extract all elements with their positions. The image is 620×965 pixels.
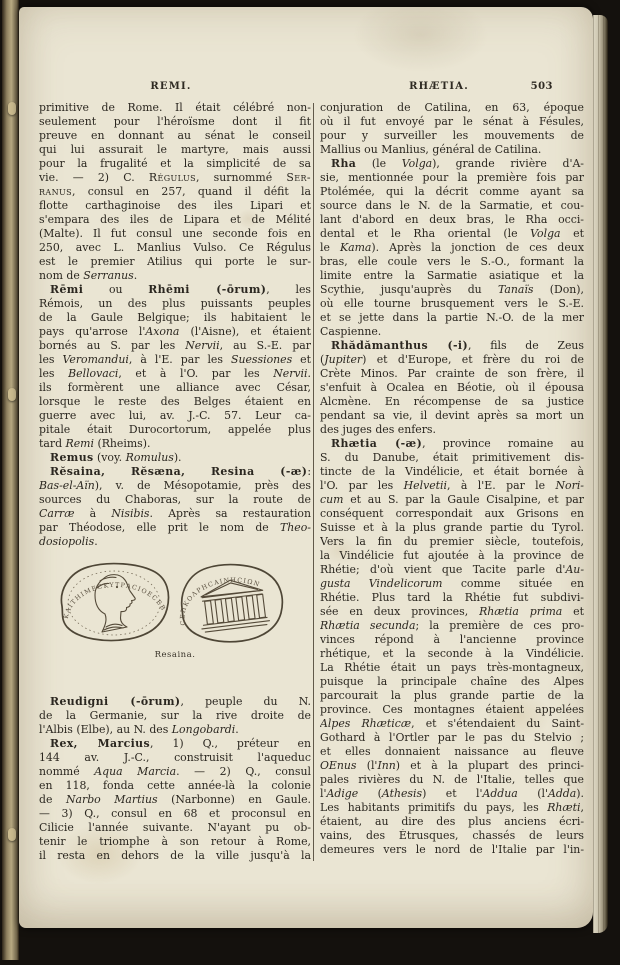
- text-segment: , à l'E. par les: [129, 353, 231, 366]
- text-segment: . — 2) Q., consul: [176, 765, 311, 778]
- text-line: sée en deux provinces, Rhætia prima et: [320, 605, 584, 619]
- text-segment: est le premier Atilius qui porte le sur-: [39, 255, 311, 268]
- text-segment: dosiopolis: [39, 535, 94, 548]
- text-segment: guerre avec lui, av. J.-C. 57. Leur ca-: [39, 409, 311, 422]
- text-segment: et elles donnaient naissance au fleuve: [320, 745, 584, 758]
- text-line: 250, avec L. Manlius Vulso. Ce Régulus: [39, 241, 311, 255]
- binding-stitch: [8, 828, 16, 841]
- text-line: Reudigni (-ōrum), peuple du N.: [39, 695, 311, 709]
- text-segment: de: [39, 793, 66, 806]
- text-segment: de la Gaule Belgique; ils habitaient le: [39, 311, 311, 324]
- text-line: Rex, Marcius, 1) Q., préteur en: [39, 737, 311, 751]
- text-line: dosiopolis.: [39, 535, 311, 549]
- text-segment: ranus: [39, 185, 72, 198]
- text-segment: Rha: [331, 157, 356, 170]
- text-segment: Rhétie. Plus tard la Rhétie fut subdivi-: [320, 591, 584, 604]
- text-line: puisque la principale chaîne des Alpes: [320, 675, 584, 689]
- column-left-top-text: primitive de Rome. Il était célébré non-…: [39, 101, 311, 549]
- text-segment: des juges des enfers.: [320, 423, 436, 436]
- column-divider-rule: [313, 103, 314, 861]
- text-segment: (le: [356, 157, 402, 170]
- text-line: La Rhétie était un pays très-montagneux,: [320, 661, 584, 675]
- text-segment: ).: [174, 451, 182, 464]
- text-line: Vers la fin du premier siècle, toutefois…: [320, 535, 584, 549]
- text-segment: ; la première de ces pro-: [416, 619, 585, 632]
- text-segment: primitive de Rome. Il était célébré non-: [39, 101, 311, 114]
- running-head-left: REMI.: [71, 81, 271, 92]
- text-line: guerre avec lui, av. J.-C. 57. Leur ca-: [39, 409, 311, 423]
- text-line: source dans le N. de la Sarmatie, et cou…: [320, 199, 584, 213]
- text-line: de Narbo Martius (Narbonne) en Gaule.: [39, 793, 311, 807]
- text-line: Rēmi ou Rhēmi (-ōrum), les: [39, 283, 311, 297]
- text-line: Ptolémée, qui la décrit comme ayant sa: [320, 185, 584, 199]
- text-line: Mallius ou Manlius, général de Catilina.: [320, 143, 584, 157]
- text-line: s'enfuit à Ocalea en Béotie, où il épous…: [320, 381, 584, 395]
- text-line: rhétique, et la seconde à la Vindélicie.: [320, 647, 584, 661]
- text-line: Cilicie l'année suivante. N'ayant pu ob-: [39, 821, 311, 835]
- text-line: pays qu'arrose l'Axona (l'Aisne), et éta…: [39, 325, 311, 339]
- text-segment: nom de: [39, 269, 83, 282]
- text-segment: étaient, au dire des plus anciens écri-: [320, 815, 584, 828]
- text-segment: . Après sa restauration: [150, 507, 311, 520]
- text-line: Crète Minos. Par crainte de son frère, i…: [320, 367, 584, 381]
- text-segment: Inn: [377, 759, 395, 772]
- text-segment: Bas-el-Aïn: [39, 479, 95, 492]
- text-line: S. du Danube, était primitivement dis-: [320, 451, 584, 465]
- text-line: seulement pour l'héroïsme dont il fit: [39, 115, 311, 129]
- text-segment: .: [134, 269, 137, 282]
- text-segment: Caspienne.: [320, 325, 381, 338]
- text-line: et elles donnaient naissance au fleuve: [320, 745, 584, 759]
- text-segment: Scythie, jusqu'auprès du: [320, 283, 498, 296]
- text-segment: La Rhétie était un pays très-montagneux,: [320, 661, 584, 674]
- text-line: des juges des enfers.: [320, 423, 584, 437]
- text-segment: .: [235, 723, 238, 736]
- text-segment: Rex, Marcius: [50, 737, 150, 750]
- coin-reverse: ϹΕΠΚΟΛΡΗϹΑΙΝΗϹΙΩΝ: [179, 565, 284, 642]
- text-segment: ), v. de Mésopotamie, près des: [95, 479, 311, 492]
- text-segment: Les habitants primitifs du pays, les: [320, 801, 547, 814]
- text-segment: (Rheims).: [94, 437, 150, 450]
- text-segment: (l'Aisne), et étaient: [179, 325, 311, 338]
- text-segment: S. du Danube, était primitivement dis-: [320, 451, 584, 464]
- text-line: ils formèrent une alliance avec César,: [39, 381, 311, 395]
- text-line: Caspienne.: [320, 325, 584, 339]
- text-line: Bas-el-Aïn), v. de Mésopotamie, près des: [39, 479, 311, 493]
- text-segment: en 118, fonda cette année-là la colonie: [39, 779, 311, 792]
- text-line: pendant sa vie, il devint après sa mort …: [320, 409, 584, 423]
- text-line: gusta Vindelicorum comme située en: [320, 577, 584, 591]
- text-segment: Serranus: [83, 269, 133, 282]
- text-segment: pales rivières du N. de l'Italie, telles…: [320, 773, 584, 786]
- text-line: pour y surveiller les mouvements de: [320, 129, 584, 143]
- text-segment: (Don),: [533, 283, 584, 296]
- text-segment: Alcmène. En récompense de sa justice: [320, 395, 584, 408]
- text-segment: , surnommé: [196, 171, 286, 184]
- text-line: tenir le triomphe à son retour à Rome,: [39, 835, 311, 849]
- text-segment: , et à l'O. par les: [118, 367, 273, 380]
- text-segment: où elle tourne brusquement vers le S.-E.: [320, 297, 584, 310]
- column-right: conjuration de Catilina, en 63, époqueoù…: [320, 101, 584, 857]
- text-segment: source dans le N. de la Sarmatie, et cou…: [320, 199, 584, 212]
- text-line: parcourait la plus grande partie de la: [320, 689, 584, 703]
- text-segment: Rhætia (-æ): [331, 437, 422, 450]
- text-segment: pitale était Durocortorum, appelée plus: [39, 423, 311, 436]
- text-segment: ou: [83, 283, 148, 296]
- text-line: conjuration de Catilina, en 63, époque: [320, 101, 584, 115]
- text-line: pitale était Durocortorum, appelée plus: [39, 423, 311, 437]
- text-segment: et: [562, 605, 584, 618]
- text-segment: ).: [576, 787, 584, 800]
- text-segment: , 1) Q., préteur en: [150, 737, 311, 750]
- text-line: où elle tourne brusquement vers le S.-E.: [320, 297, 584, 311]
- text-line: Suisse et à la plus grande partie du Tyr…: [320, 521, 584, 535]
- text-segment: Veromandui: [63, 353, 129, 366]
- text-line: pales rivières du N. de l'Italie, telles…: [320, 773, 584, 787]
- text-segment: et au S. par la Gaule Cisalpine, et par: [343, 493, 584, 506]
- text-segment: et se jette dans la partie N.-O. de la m…: [320, 311, 584, 324]
- text-segment: Ser-: [286, 171, 311, 184]
- text-segment: sie, mentionnée pour la première fois pa…: [320, 171, 584, 184]
- text-segment: (: [358, 787, 382, 800]
- text-segment: Reudigni (-ōrum): [50, 695, 180, 708]
- text-segment: , province romaine au: [422, 437, 584, 450]
- text-segment: Rēmi: [50, 283, 83, 296]
- text-line: où il fut envoyé par le sénat à Fésules,: [320, 115, 584, 129]
- text-segment: ,: [581, 801, 584, 814]
- text-segment: Remus: [50, 451, 94, 464]
- text-segment: , au S.-E. par: [220, 339, 311, 352]
- text-segment: Remi: [66, 437, 94, 450]
- column-left: primitive de Rome. Il était célébré non-…: [39, 101, 311, 863]
- text-segment: 144 av. J.-C., construisit l'aqueduc: [39, 751, 311, 764]
- text-segment: , fils de Zeus: [468, 339, 584, 352]
- text-segment: Narbo Martius: [66, 793, 158, 806]
- text-line: la Vindélicie fut ajoutée à la province …: [320, 549, 584, 563]
- text-line: les Bellovaci, et à l'O. par les Nervii.: [39, 367, 311, 381]
- text-segment: Suessiones: [231, 353, 292, 366]
- svg-text:ΚΑΙΤΗΙΜΕϹΚΥΤΡΑϹΙΟΕϹΕΒ: ΚΑΙΤΗΙΜΕϹΚΥΤΡΑϹΙΟΕϹΕΒ: [63, 582, 167, 619]
- text-line: Rhætia secunda; la première de ces pro-: [320, 619, 584, 633]
- text-segment: OEnus: [320, 759, 357, 772]
- text-segment: rhétique, et la seconde à la Vindélicie.: [320, 647, 584, 660]
- text-segment: parcourait la plus grande partie de la: [320, 689, 584, 702]
- text-segment: Au-: [565, 563, 584, 576]
- binding-stitch: [8, 102, 16, 115]
- text-segment: Helvetii: [404, 479, 447, 492]
- text-line: vains, des Étrusques, chassés de leurs: [320, 829, 584, 843]
- text-line: l'Adige (Athesis) et l'Addua (l'Adda).: [320, 787, 584, 801]
- text-segment: Rémois, un des plus puissants peuples: [39, 297, 311, 310]
- text-line: province. Ces montagnes étaient appelées: [320, 703, 584, 717]
- text-line: Rhétie; d'où vient que Tacite parle d'Au…: [320, 563, 584, 577]
- text-segment: Nisibis: [111, 507, 149, 520]
- text-segment: (l': [518, 787, 548, 800]
- text-segment: et: [292, 353, 311, 366]
- text-segment: Rhætia prima: [479, 605, 562, 618]
- text-segment: , à l'E. par le: [447, 479, 556, 492]
- text-segment: Aqua Marcia: [94, 765, 176, 778]
- text-segment: lant d'abord en deux bras, le Rha occi-: [320, 213, 584, 226]
- text-segment: cum: [320, 493, 343, 506]
- text-segment: Carræ: [39, 507, 74, 520]
- text-segment: Régulus: [149, 171, 196, 184]
- text-line: tard Remi (Rheims).: [39, 437, 311, 451]
- text-line: les Veromandui, à l'E. par les Suessione…: [39, 353, 311, 367]
- text-line: lorsque le reste des Belges étaient en: [39, 395, 311, 409]
- text-segment: vains, des Étrusques, chassés de leurs: [320, 829, 584, 842]
- text-line: Alpes Rhæticæ, et s'étendaient du Saint-: [320, 717, 584, 731]
- text-segment: demeures vers le nord de l'Italie par l'…: [320, 843, 584, 856]
- text-segment: conjuration de Catilina, en 63, époque: [320, 101, 584, 114]
- text-segment: Rhēmi (-ōrum): [148, 283, 266, 296]
- text-line: Rĕsaina, Rĕsæna, Resina (-æ):: [39, 465, 311, 479]
- text-segment: Crète Minos. Par crainte de son frère, i…: [320, 367, 584, 380]
- text-segment: — 3) Q., consul en 68 et proconsul en: [39, 807, 311, 820]
- page-number: 503: [503, 81, 553, 92]
- text-line: OEnus (l'Inn) et à la plupart des princi…: [320, 759, 584, 773]
- text-segment: s'enfuit à Ocalea en Béotie, où il épous…: [320, 381, 584, 394]
- text-segment: dental et le Rha oriental (le: [320, 227, 530, 240]
- text-line: Rha (le Volga), grande rivière d'A-: [320, 157, 584, 171]
- text-segment: Rhæti: [547, 801, 580, 814]
- text-segment: bras, elle coule vers le S.-O., formant …: [320, 255, 584, 268]
- text-line: Rhétie. Plus tard la Rhétie fut subdivi-: [320, 591, 584, 605]
- text-line: Rhætia (-æ), province romaine au: [320, 437, 584, 451]
- text-segment: Nori-: [556, 479, 584, 492]
- text-segment: Alpes Rhæticæ: [320, 717, 411, 730]
- text-segment: Addua: [482, 787, 517, 800]
- text-line: nommé Aqua Marcia. — 2) Q., consul: [39, 765, 311, 779]
- text-line: preuve en donnant au sénat le conseil: [39, 129, 311, 143]
- text-segment: Adige: [326, 787, 358, 800]
- text-segment: 250, avec L. Manlius Vulso. Ce Régulus: [39, 241, 311, 254]
- text-segment: Bellovaci: [68, 367, 118, 380]
- text-line: l'O. par les Helvetii, à l'E. par le Nor…: [320, 479, 584, 493]
- text-segment: limite entre la Sarmatie asiatique et la: [320, 269, 584, 282]
- text-line: de la Germanie, sur la rive droite de: [39, 709, 311, 723]
- text-segment: l'O. par les: [320, 479, 404, 492]
- text-segment: où il fut envoyé par le sénat à Fésules,: [320, 115, 584, 128]
- text-segment: :: [307, 465, 311, 478]
- text-line: nom de Serranus.: [39, 269, 311, 283]
- text-line: il resta en dehors de la ville jusqu'à l…: [39, 849, 311, 863]
- text-segment: pour y surveiller les mouvements de: [320, 129, 584, 142]
- text-segment: la Vindélicie fut ajoutée à la province …: [320, 549, 584, 562]
- text-segment: Rhætia secunda: [320, 619, 416, 632]
- text-segment: vie. — 2) C.: [39, 171, 149, 184]
- text-line: et se jette dans la partie N.-O. de la m…: [320, 311, 584, 325]
- text-segment: , consul en 257, quand il défit la: [72, 185, 311, 198]
- coin-obverse: ΚΑΙΤΗΙΜΕϹΚΥΤΡΑϹΙΟΕϹΕΒ: [61, 564, 168, 641]
- text-segment: tenir le triomphe à son retour à Rome,: [39, 835, 311, 848]
- text-segment: Volga: [402, 157, 432, 170]
- text-segment: flotte carthaginoise des iles Lipari et: [39, 199, 311, 212]
- text-segment: Axona: [145, 325, 179, 338]
- page-edge-stack: [593, 15, 608, 933]
- text-line: dental et le Rha oriental (le Volga et: [320, 227, 584, 241]
- text-segment: Tanaïs: [498, 283, 534, 296]
- text-line: sie, mentionnée pour la première fois pa…: [320, 171, 584, 185]
- text-segment: par Théodose, elle prit le nom de: [39, 521, 280, 534]
- text-line: — 3) Q., consul en 68 et proconsul en: [39, 807, 311, 821]
- text-segment: Mallius ou Manlius, général de Catilina.: [320, 143, 541, 156]
- coin-engraving: ΚΑΙΤΗΙΜΕϹΚΥΤΡΑϹΙΟΕϹΕΒ: [56, 561, 294, 647]
- text-segment: pour la frugalité et la simplicité de sa: [39, 157, 311, 170]
- text-segment: de la Germanie, sur la rive droite de: [39, 709, 311, 722]
- text-segment: Suisse et à la plus grande partie du Tyr…: [320, 521, 584, 534]
- text-line: le Kama). Après la jonction de ces deux: [320, 241, 584, 255]
- text-line: bornés au S. par les Nervii, au S.-E. pa…: [39, 339, 311, 353]
- text-segment: qui lui assurait le martyre, mais aussi: [39, 143, 311, 156]
- text-line: lant d'abord en deux bras, le Rha occi-: [320, 213, 584, 227]
- text-segment: Kama: [340, 241, 371, 254]
- text-line: Rémois, un des plus puissants peuples: [39, 297, 311, 311]
- coin-figure: ΚΑΙΤΗΙΜΕϹΚΥΤΡΑϹΙΟΕϹΕΒ: [39, 561, 311, 695]
- text-segment: pendant sa vie, il devint après sa mort …: [320, 409, 584, 422]
- book-page: REMI. RHÆTIA. 503 primitive de Rome. Il …: [19, 7, 593, 928]
- text-segment: tincte de la Vindélicie, et était bornée…: [320, 465, 584, 478]
- text-segment: .: [94, 535, 97, 548]
- book-binding-edge: [2, 0, 19, 960]
- text-line: flotte carthaginoise des iles Lipari et: [39, 199, 311, 213]
- text-segment: Nervii: [273, 367, 307, 380]
- text-segment: les: [39, 353, 63, 366]
- text-line: bras, elle coule vers le S.-O., formant …: [320, 255, 584, 269]
- text-line: (Jupiter) et d'Europe, et frère du roi d…: [320, 353, 584, 367]
- text-segment: (l': [357, 759, 378, 772]
- text-segment: (Malte). Il fut consul une seconde fois …: [39, 227, 311, 240]
- text-segment: conséquent correspondait aux Grisons en: [320, 507, 584, 520]
- text-segment: Romulus: [126, 451, 174, 464]
- text-segment: seulement pour l'héroïsme dont il fit: [39, 115, 311, 128]
- text-segment: Rhétie; d'où vient que Tacite parle d': [320, 563, 565, 576]
- text-segment: puisque la principale chaîne des Alpes: [320, 675, 584, 688]
- text-line: ranus, consul en 257, quand il défit la: [39, 185, 311, 199]
- text-segment: pays qu'arrose l': [39, 325, 145, 338]
- text-line: en 118, fonda cette année-là la colonie: [39, 779, 311, 793]
- coin-caption: Resaina.: [39, 650, 311, 660]
- text-line: 144 av. J.-C., construisit l'aqueduc: [39, 751, 311, 765]
- obverse-legend: ΚΑΙΤΗΙΜΕϹΚΥΤΡΑϹΙΟΕϹΕΒ: [63, 582, 167, 619]
- text-line: est le premier Atilius qui porte le sur-: [39, 255, 311, 269]
- text-segment: Nervii: [185, 339, 219, 352]
- text-segment: Cilicie l'année suivante. N'ayant pu ob-: [39, 821, 311, 834]
- text-segment: Athesis: [382, 787, 422, 800]
- text-line: primitive de Rome. Il était célébré non-: [39, 101, 311, 115]
- text-line: pour la frugalité et la simplicité de sa: [39, 157, 311, 171]
- text-line: Gothard à l'Ortler par le pas du Stelvio…: [320, 731, 584, 745]
- text-line: Carræ à Nisibis. Après sa restauration: [39, 507, 311, 521]
- text-line: limite entre la Sarmatie asiatique et la: [320, 269, 584, 283]
- text-segment: Volga: [530, 227, 560, 240]
- text-segment: Adda: [548, 787, 576, 800]
- text-segment: ) et l': [422, 787, 482, 800]
- text-segment: preuve en donnant au sénat le conseil: [39, 129, 311, 142]
- text-segment: ). Après la jonction de ces deux: [371, 241, 584, 254]
- text-segment: ils formèrent une alliance avec César,: [39, 381, 311, 394]
- text-segment: les: [39, 367, 68, 380]
- text-segment: sée en deux provinces,: [320, 605, 479, 618]
- text-segment: Jupiter: [324, 353, 362, 366]
- text-segment: Theo-: [280, 521, 311, 534]
- text-line: Alcmène. En récompense de sa justice: [320, 395, 584, 409]
- text-segment: Ptolémée, qui la décrit comme ayant sa: [320, 185, 584, 198]
- text-line: Rhădămanthus (-i), fils de Zeus: [320, 339, 584, 353]
- text-segment: tard: [39, 437, 66, 450]
- text-segment: vinces répond à l'ancienne province: [320, 633, 584, 646]
- text-segment: , les: [266, 283, 311, 296]
- text-line: vinces répond à l'ancienne province: [320, 633, 584, 647]
- text-segment: comme située en: [443, 577, 584, 590]
- text-line: Les habitants primitifs du pays, les Rhæ…: [320, 801, 584, 815]
- text-line: Remus (voy. Romulus).: [39, 451, 311, 465]
- text-segment: (voy.: [94, 451, 126, 464]
- text-segment: .: [308, 367, 311, 380]
- text-segment: et: [561, 227, 584, 240]
- text-segment: Rhădămanthus (-i): [331, 339, 468, 352]
- text-segment: ), grande rivière d'A-: [432, 157, 584, 170]
- text-segment: le: [320, 241, 340, 254]
- text-line: vie. — 2) C. Régulus, surnommé Ser-: [39, 171, 311, 185]
- text-segment: , peuple du N.: [180, 695, 311, 708]
- text-line: Scythie, jusqu'auprès du Tanaïs (Don),: [320, 283, 584, 297]
- text-segment: ) et d'Europe, et frère du roi de: [362, 353, 584, 366]
- text-segment: nommé: [39, 765, 94, 778]
- text-line: tincte de la Vindélicie, et était bornée…: [320, 465, 584, 479]
- text-line: sources du Chaboras, sur la route de: [39, 493, 311, 507]
- text-line: par Théodose, elle prit le nom de Theo-: [39, 521, 311, 535]
- text-line: l'Albis (Elbe), au N. des Longobardi.: [39, 723, 311, 737]
- text-segment: Longobardi: [172, 723, 235, 736]
- text-line: étaient, au dire des plus anciens écri-: [320, 815, 584, 829]
- text-line: (Malte). Il fut consul une seconde fois …: [39, 227, 311, 241]
- text-segment: lorsque le reste des Belges étaient en: [39, 395, 311, 408]
- text-segment: Gothard à l'Ortler par le pas du Stelvio…: [320, 731, 584, 744]
- text-segment: Rĕsaina, Rĕsæna, Resina (-æ): [50, 465, 307, 478]
- text-segment: sources du Chaboras, sur la route de: [39, 493, 311, 506]
- text-segment: bornés au S. par les: [39, 339, 185, 352]
- text-segment: province. Ces montagnes étaient appelées: [320, 703, 584, 716]
- text-segment: s'empara des iles de Lipara et de Mélité: [39, 213, 311, 226]
- text-line: de la Gaule Belgique; ils habitaient le: [39, 311, 311, 325]
- text-segment: l'Albis (Elbe), au N. des: [39, 723, 172, 736]
- text-segment: (Narbonne) en Gaule.: [158, 793, 311, 806]
- text-segment: gusta Vindelicorum: [320, 577, 443, 590]
- running-head-right: RHÆTIA.: [349, 81, 529, 92]
- text-line: s'empara des iles de Lipara et de Mélité: [39, 213, 311, 227]
- text-segment: ) et à la plupart des princi-: [396, 759, 584, 772]
- binding-stitch: [8, 388, 16, 401]
- text-segment: , et s'étendaient du Saint-: [411, 717, 584, 730]
- text-segment: il resta en dehors de la ville jusqu'à l…: [39, 849, 311, 862]
- text-line: cum et au S. par la Gaule Cisalpine, et …: [320, 493, 584, 507]
- column-left-bottom-text: Reudigni (-ōrum), peuple du N.de la Germ…: [39, 695, 311, 863]
- text-line: qui lui assurait le martyre, mais aussi: [39, 143, 311, 157]
- text-line: conséquent correspondait aux Grisons en: [320, 507, 584, 521]
- text-segment: Vers la fin du premier siècle, toutefois…: [320, 535, 584, 548]
- text-segment: à: [74, 507, 111, 520]
- text-line: demeures vers le nord de l'Italie par l'…: [320, 843, 584, 857]
